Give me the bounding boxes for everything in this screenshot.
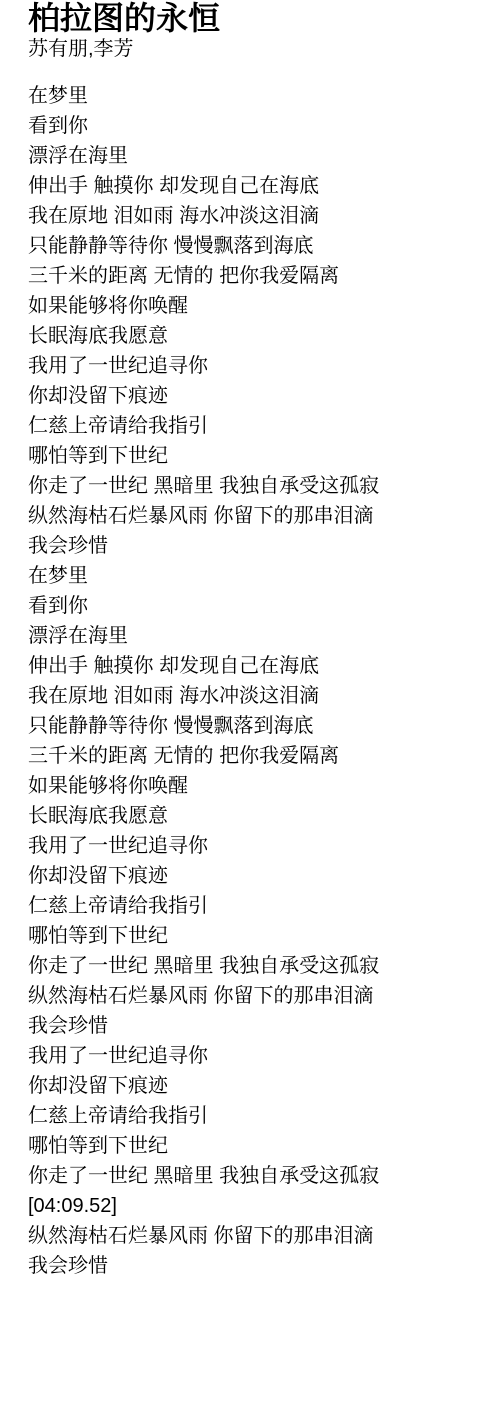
lyric-line: 我在原地 泪如雨 海水冲淡这泪滴 <box>28 201 480 231</box>
lyric-line: 三千米的距离 无情的 把你我爱隔离 <box>28 261 480 291</box>
lyric-line: 哪怕等到下世纪 <box>28 1131 480 1161</box>
lyric-line: 看到你 <box>28 591 480 621</box>
lyrics-page: 柏拉图的永恒 苏有朋,李芳 在梦里 看到你 漂浮在海里 伸出手 触摸你 却发现自… <box>0 0 500 1281</box>
lyric-line: 哪怕等到下世纪 <box>28 921 480 951</box>
lyric-line: 伸出手 触摸你 却发现自己在海底 <box>28 651 480 681</box>
lyric-line: 我用了一世纪追寻你 <box>28 1041 480 1071</box>
lyric-line: 如果能够将你唤醒 <box>28 771 480 801</box>
lyric-line: 我会珍惜 <box>28 531 480 561</box>
lyric-line: 伸出手 触摸你 却发现自己在海底 <box>28 171 480 201</box>
lyric-line: 纵然海枯石烂暴风雨 你留下的那串泪滴 <box>28 501 480 531</box>
lyric-line: 你却没留下痕迹 <box>28 861 480 891</box>
lyric-line: 如果能够将你唤醒 <box>28 291 480 321</box>
lyric-line: 漂浮在海里 <box>28 621 480 651</box>
lyric-line: 仁慈上帝请给我指引 <box>28 891 480 921</box>
lyric-line: 仁慈上帝请给我指引 <box>28 1101 480 1131</box>
lyrics-list: 在梦里 看到你 漂浮在海里 伸出手 触摸你 却发现自己在海底 我在原地 泪如雨 … <box>28 81 480 1281</box>
lyric-line: 看到你 <box>28 111 480 141</box>
lyric-line: 纵然海枯石烂暴风雨 你留下的那串泪滴 <box>28 981 480 1011</box>
lyric-line: 我用了一世纪追寻你 <box>28 351 480 381</box>
lyric-line: [04:09.52] <box>28 1191 480 1221</box>
artist-names: 苏有朋,李芳 <box>28 37 480 61</box>
lyric-line: 漂浮在海里 <box>28 141 480 171</box>
lyric-line: 你走了一世纪 黑暗里 我独自承受这孤寂 <box>28 1161 480 1191</box>
lyric-line: 你走了一世纪 黑暗里 我独自承受这孤寂 <box>28 951 480 981</box>
lyric-line: 只能静静等待你 慢慢飘落到海底 <box>28 711 480 741</box>
lyric-line: 我在原地 泪如雨 海水冲淡这泪滴 <box>28 681 480 711</box>
lyric-line: 只能静静等待你 慢慢飘落到海底 <box>28 231 480 261</box>
lyric-line: 你却没留下痕迹 <box>28 381 480 411</box>
lyric-line: 三千米的距离 无情的 把你我爱隔离 <box>28 741 480 771</box>
lyric-line: 仁慈上帝请给我指引 <box>28 411 480 441</box>
lyric-line: 我会珍惜 <box>28 1011 480 1041</box>
lyric-line: 我会珍惜 <box>28 1251 480 1281</box>
lyric-line: 在梦里 <box>28 561 480 591</box>
lyric-line: 哪怕等到下世纪 <box>28 441 480 471</box>
lyric-line: 长眠海底我愿意 <box>28 321 480 351</box>
lyric-line: 在梦里 <box>28 81 480 111</box>
lyric-line: 纵然海枯石烂暴风雨 你留下的那串泪滴 <box>28 1221 480 1251</box>
lyric-line: 你走了一世纪 黑暗里 我独自承受这孤寂 <box>28 471 480 501</box>
lyric-line: 长眠海底我愿意 <box>28 801 480 831</box>
lyric-line: 我用了一世纪追寻你 <box>28 831 480 861</box>
lyric-line: 你却没留下痕迹 <box>28 1071 480 1101</box>
song-title: 柏拉图的永恒 <box>28 0 480 36</box>
